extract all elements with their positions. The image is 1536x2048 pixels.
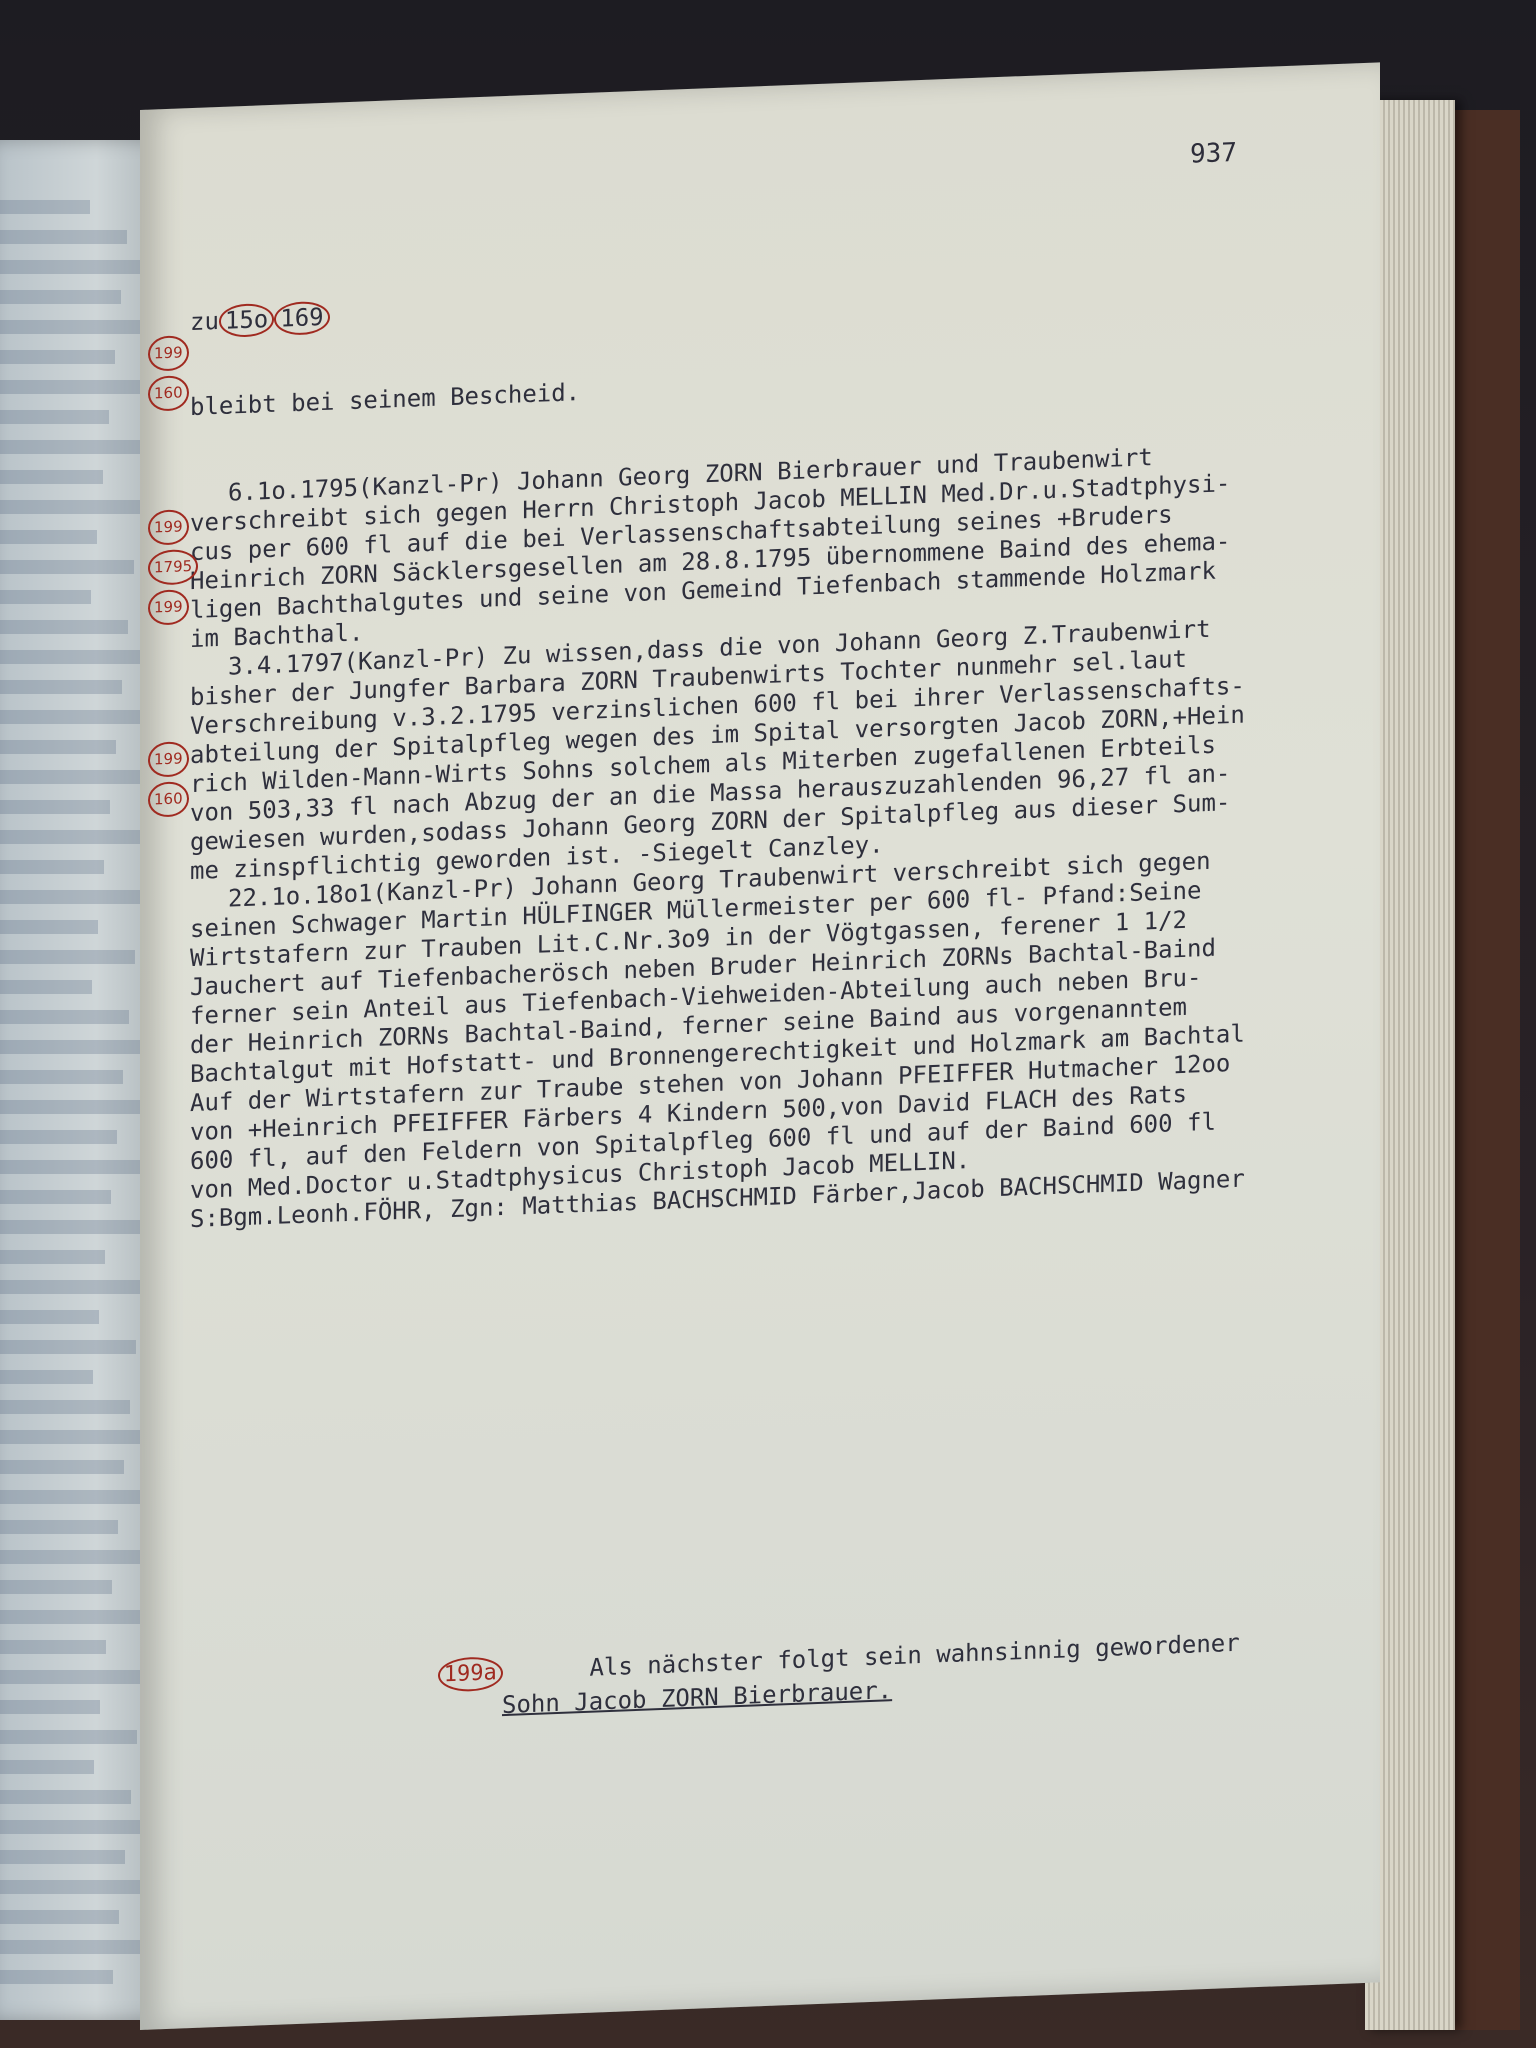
bleed-through-text (200, 1123, 1360, 1968)
left-page-text-line (0, 1730, 137, 1744)
left-page-text-line (0, 560, 134, 574)
left-page-text-line (0, 770, 153, 784)
left-page-text-line (0, 1010, 129, 1024)
margin-annotation: 160 (148, 781, 189, 818)
left-page-text-line (0, 620, 128, 634)
left-page-text-line (0, 230, 127, 244)
margin-annotation: 199 (148, 741, 189, 778)
left-page-text-line (0, 680, 122, 694)
margin-annotation: 199 (148, 589, 189, 626)
left-page-text-line (0, 1700, 100, 1714)
left-page-text-line (0, 1100, 160, 1114)
left-page-text-line (0, 1940, 156, 1954)
left-page-text-line (0, 1910, 119, 1924)
left-page-text-line (0, 1970, 113, 1984)
left-page-text-line (0, 1280, 142, 1294)
circled-ref: 169 (274, 301, 329, 336)
page-number: 937 (1190, 138, 1237, 170)
left-page-text-line (0, 1850, 125, 1864)
left-page-text-line (0, 1490, 161, 1504)
left-page-text-line (0, 1880, 162, 1894)
margin-annotation: 199 (148, 335, 189, 372)
text-line: bleibt bei seinem Bescheid. (190, 348, 1370, 422)
left-page-text-line (0, 1670, 143, 1684)
left-page-text-line (0, 1790, 131, 1804)
left-page-text-line (0, 1460, 124, 1474)
left-page-text-line (0, 200, 90, 214)
left-page-text-line (0, 1580, 112, 1594)
left-page-text-line (0, 800, 110, 814)
left-page-text-line (0, 1610, 149, 1624)
left-page-text-line (0, 710, 159, 724)
left-page-text-line (0, 830, 147, 844)
margin-annotation: 199 (148, 509, 189, 546)
left-page-text-line (0, 1370, 93, 1384)
left-page-text-line (0, 860, 104, 874)
top-reference: zu15o169 (190, 261, 1370, 335)
left-page-text-line (0, 590, 91, 604)
left-page-text-line (0, 380, 152, 394)
left-page-text-line (0, 470, 103, 484)
left-page-text-line (0, 1760, 94, 1774)
entries: 6.1o.1795(Kanzl-Pr) Johann Georg ZORN Bi… (190, 435, 1370, 1234)
left-page-text-line (0, 290, 121, 304)
closing-ref: 199a (438, 1656, 503, 1692)
left-page-text-line (0, 1550, 155, 1564)
left-page-text-line (0, 500, 140, 514)
left-page-text-line (0, 350, 115, 364)
left-page-text-line (0, 1160, 154, 1174)
left-page-text-line (0, 950, 135, 964)
left-page-text-line (0, 980, 92, 994)
margin-annotation: 160 (148, 375, 189, 412)
left-page-text-line (0, 1520, 118, 1534)
circled-ref: 15o (219, 303, 274, 338)
left-page-text-line (0, 1340, 136, 1354)
left-page-text-line (0, 1130, 117, 1144)
left-page-text-line (0, 1070, 123, 1084)
left-page-text-line (0, 440, 146, 454)
left-page-text-line (0, 530, 97, 544)
left-page-text-line (0, 410, 109, 424)
left-page-text-line (0, 1310, 99, 1324)
closing-line-1: Als nächster folgt sein wahnsinnig gewor… (589, 1629, 1239, 1682)
left-page-text-line (0, 890, 141, 904)
left-page-text-line (0, 1250, 105, 1264)
left-page-text-line (0, 1640, 106, 1654)
left-page-text-line (0, 1190, 111, 1204)
document-page: 937 zu15o169 bleibt bei seinem Bescheid.… (140, 62, 1380, 2030)
left-page-text-line (0, 920, 98, 934)
left-page-text-line (0, 320, 158, 334)
left-page-text-line (0, 1400, 130, 1414)
left-page-text-line (0, 740, 116, 754)
left-page-text-line (0, 1220, 148, 1234)
